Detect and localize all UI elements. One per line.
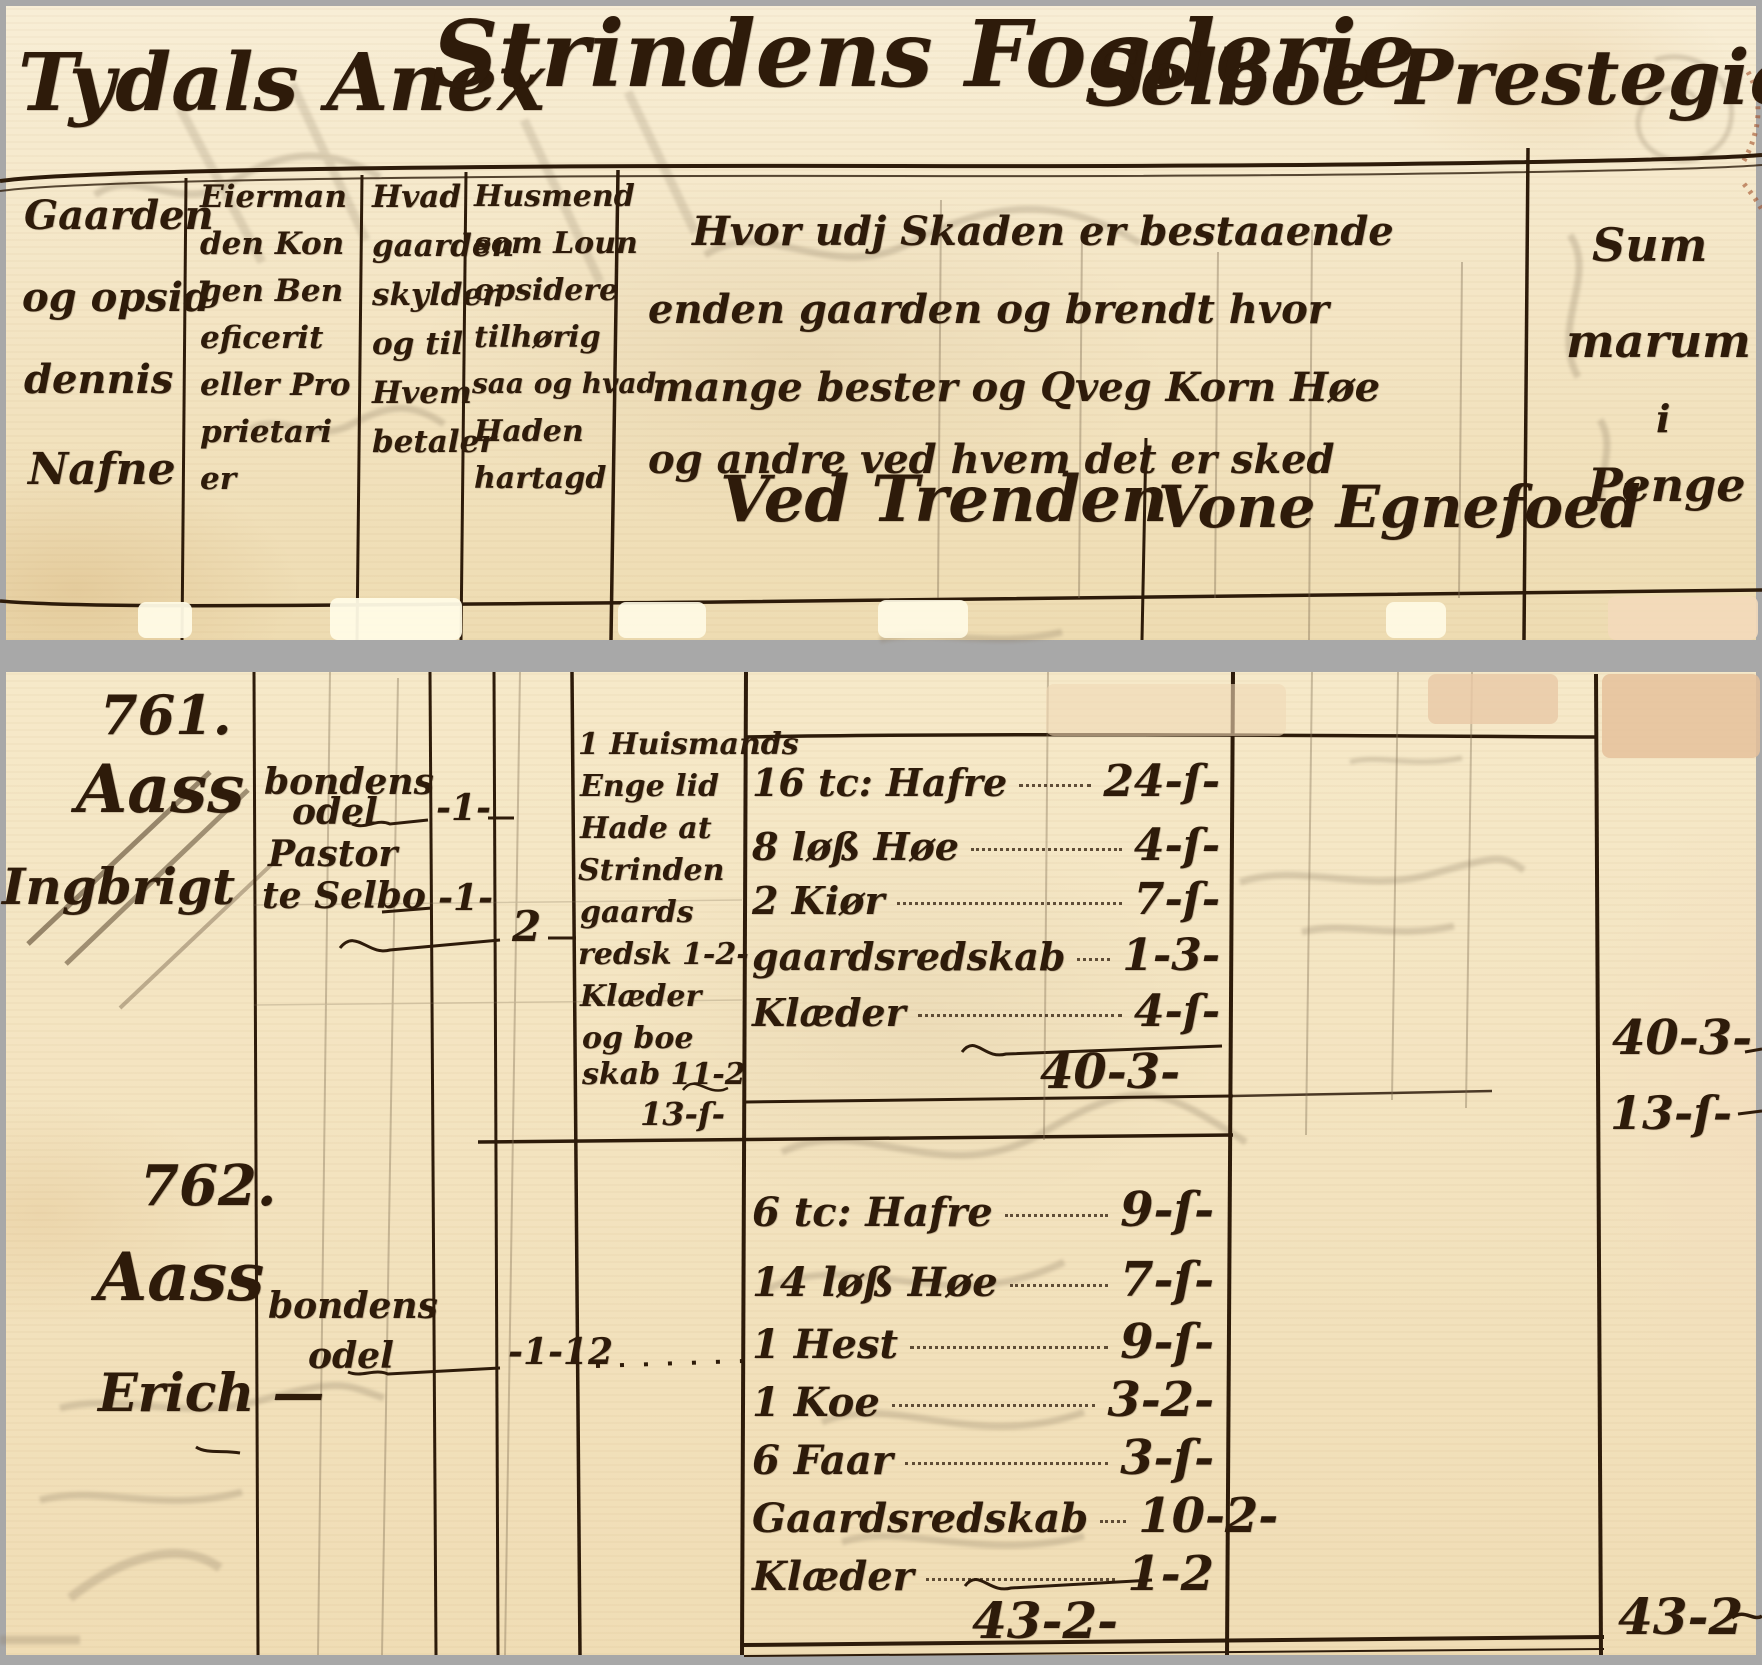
leader-dashes: [1100, 1520, 1126, 1523]
damage-item-label: Gaardsredskab: [752, 1495, 1088, 1542]
damage-item-label: 14 løß Høe: [752, 1259, 998, 1306]
col-cottars-line: Haden: [474, 417, 584, 447]
cottar-note-line: Klæder: [580, 982, 701, 1012]
col-sum-line: i: [1656, 400, 1670, 438]
damage-item-label: 6 tc: Hafre: [752, 1189, 993, 1236]
owner-note-value: -1-12: [508, 1334, 613, 1370]
col-damage-sub-left: Ved Trenden: [720, 468, 1167, 532]
col-cottars-line: tilhørig: [474, 323, 601, 353]
damage-item-value: 7-ſ-: [1134, 874, 1220, 925]
leader-dashes: [892, 1404, 1096, 1407]
col-damage-line: enden gaarden og brendt hvor: [648, 290, 1329, 330]
col-sum-line: marum: [1566, 318, 1751, 364]
damage-item-label: 1 Hest: [752, 1321, 898, 1368]
white-correction-patch: [878, 600, 968, 638]
scanned-register-page: Tydals Anex Strindens Fogderie Selboe Pr…: [0, 0, 1762, 1665]
page-title-part3: Selboe Prestegield: [1085, 40, 1762, 116]
damage-total: 40-3-: [1040, 1048, 1180, 1096]
damage-item-value: 10-2-: [1138, 1488, 1278, 1544]
damage-item-value: 1-2: [1127, 1546, 1214, 1602]
col-farm-line: og opsid: [22, 278, 211, 318]
cottar-note-line: Strinden: [578, 856, 724, 886]
leader-dashes: [926, 1578, 1116, 1581]
damage-item-value: 3-ſ-: [1120, 1430, 1214, 1486]
damage-item-value: 3-2-: [1107, 1372, 1214, 1428]
damage-item-label: 1 Koe: [752, 1379, 880, 1426]
col-dues-line: Hvad: [372, 182, 461, 213]
col-farm-line: dennis: [24, 360, 173, 400]
cottar-note-line: Hade at: [580, 814, 712, 844]
leader-dashes: [905, 1462, 1108, 1465]
owner-note-line: odel: [292, 794, 378, 830]
col-sum-line: Penge: [1588, 462, 1746, 508]
col-owner-line: den Kon: [200, 229, 344, 260]
occupant-name: Erich —: [98, 1368, 324, 1420]
col-owner-line: gen Ben: [200, 276, 343, 307]
damage-item-value: 24-ſ-: [1103, 756, 1220, 807]
col-owner-line: eller Pro: [200, 370, 350, 401]
owner-note-line: Pastor: [268, 836, 397, 872]
col-cottars-line: opsidere: [474, 276, 618, 306]
damage-total: 43-2-: [972, 1596, 1118, 1646]
damage-item-label: 8 løß Høe: [752, 824, 959, 869]
col-sum-line: Sum: [1592, 222, 1707, 268]
farm-name: Aass: [96, 1244, 264, 1310]
damage-item-value: 7-ſ-: [1120, 1252, 1214, 1308]
cottar-note-total: 13-ſ-: [640, 1098, 725, 1130]
margin-sum: 40-3-: [1612, 1014, 1752, 1062]
damage-item-label: Klæder: [752, 1553, 914, 1600]
col-damage-sub-right: Vone Egnefoed: [1158, 478, 1641, 536]
faint-ghost-column-rules-top: [938, 200, 1462, 640]
entry-number: 761.: [100, 688, 232, 742]
col-damage-line: mange bester og Qveg Korn Høe: [652, 368, 1380, 408]
white-correction-patch: [330, 598, 462, 640]
damage-item-value: 4-ſ-: [1134, 986, 1220, 1037]
owner-note-line: bondens: [268, 1288, 438, 1324]
col-cottars-line: hartagd: [474, 464, 606, 494]
owner-note-value: -1-: [436, 790, 491, 826]
cottar-note-line: skab 11-2: [582, 1060, 746, 1090]
col-farm-line: Gaarden: [24, 196, 214, 236]
white-correction-patch: [138, 602, 192, 638]
damage-item-value: 1-3-: [1122, 930, 1220, 981]
damage-item-value: 4-ſ-: [1134, 820, 1220, 871]
col-owner-line: eficerit: [200, 323, 323, 354]
cottar-note-line: Enge lid: [580, 772, 719, 802]
col-cottars-line: som Loun: [474, 229, 638, 259]
col-cottars-line: saa og hvad: [472, 370, 656, 398]
leader-dashes: [897, 902, 1122, 905]
tan-paper-patch: [1046, 684, 1286, 736]
owner-note-line: te Selbo: [262, 878, 426, 914]
damage-item-value: 9-ſ-: [1120, 1314, 1214, 1370]
col-owner-line: er: [200, 464, 236, 495]
col-cottars-line: Husmend: [474, 182, 635, 212]
leader-dashes: [918, 1014, 1122, 1017]
damage-item-label: 2 Kiør: [752, 878, 885, 923]
entry-number: 762.: [140, 1158, 276, 1214]
col-damage-line: Hvor udj Skaden er bestaaende: [692, 212, 1394, 252]
white-correction-patch: [618, 602, 706, 638]
cottar-note-line: og boe: [582, 1024, 694, 1054]
margin-sum: 43-2: [1618, 1592, 1743, 1642]
damage-item-value: 9-ſ-: [1120, 1182, 1214, 1238]
tan-paper-patch: [1602, 674, 1760, 758]
leader-dashes: [1005, 1214, 1108, 1217]
cottar-note-line: gaards: [580, 898, 694, 928]
owner-note-line: odel: [308, 1338, 394, 1374]
damage-item-label: Klæder: [752, 990, 906, 1035]
white-correction-patch: [1386, 602, 1446, 638]
owner-note-value: -1-: [438, 880, 493, 916]
tan-paper-patch: [1608, 596, 1758, 640]
farm-name: Aass: [76, 756, 244, 822]
tan-paper-patch: [1428, 674, 1558, 724]
leader-dashes: [971, 848, 1122, 851]
damage-item-label: 16 tc: Hafre: [752, 760, 1007, 805]
damage-item-label: 6 Faar: [752, 1437, 893, 1484]
col-owner-line: Eierman: [200, 182, 347, 213]
col-dues-line: Hvem: [372, 378, 472, 409]
leader-dashes: [910, 1346, 1108, 1349]
cottar-note-line: redsk 1-2-: [578, 940, 749, 970]
col-dues-line: og til: [372, 329, 463, 360]
col-owner-line: prietari: [200, 417, 332, 448]
leader-dashes: [1077, 958, 1110, 961]
occupant-name: Ingbrigt: [2, 862, 235, 912]
leader-dashes: [1010, 1284, 1108, 1287]
col-farm-line: Nafne: [28, 448, 176, 492]
owner-note-total: 2: [512, 906, 541, 948]
leader-dashes: [1019, 784, 1091, 787]
damage-item-label: gaardsredskab: [752, 934, 1065, 979]
margin-sum: 13-ſ-: [1610, 1090, 1732, 1136]
